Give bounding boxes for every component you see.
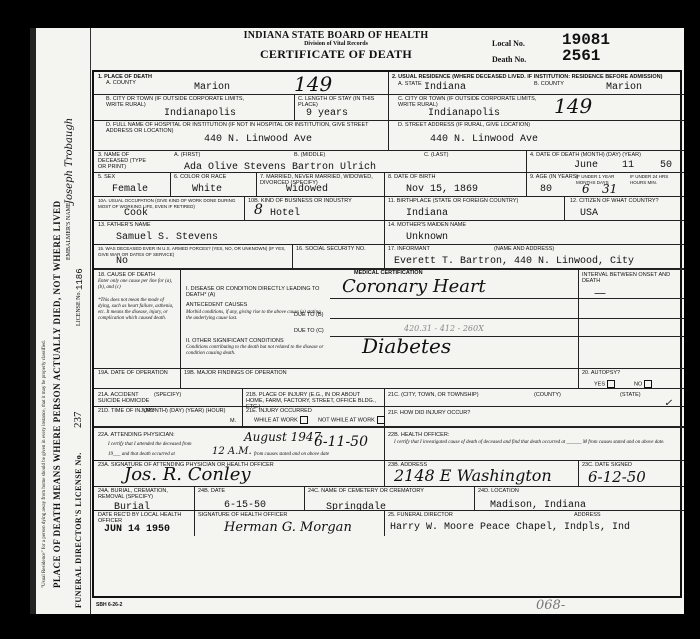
funeral-director-label: 25. FUNERAL DIRECTOR	[388, 512, 453, 518]
fd-license-number: 237	[72, 412, 84, 429]
first-name-label: a. (First)	[174, 152, 200, 158]
injury-state-label: (STATE)	[620, 392, 641, 398]
pod-stay: 9 years	[306, 108, 348, 119]
certificate-form: 1. PLACE OF DEATH a. COUNTY Marion 149 b…	[92, 70, 682, 598]
code-stamp: 420.31 - 412 - 260X	[404, 324, 484, 333]
left-margin-panel: "Usual Residence" for a person dying awa…	[36, 28, 91, 614]
interval-label: INTERVAL BETWEEN ONSET AND DEATH	[582, 272, 682, 284]
marital-status: Widowed	[286, 184, 328, 195]
ssn-label: 16. SOCIAL SECURITY No.	[296, 246, 366, 252]
injury-county-label: (COUNTY)	[534, 392, 561, 398]
attending-text-2: 19___ and that death occurred at	[108, 452, 175, 458]
operation-date-label: 19a. DATE OF OPERATION	[98, 370, 178, 376]
health-officer-text: I certify that I investigated cause of d…	[394, 440, 674, 446]
armed-forces: No	[116, 256, 128, 267]
due-to-c-label: DUE TO (c)	[294, 328, 324, 334]
received-label: DATE REC'D BY LOCAL HEALTH OFFICER	[98, 512, 188, 524]
age-days: 31	[602, 182, 617, 196]
business: Hotel	[270, 208, 300, 219]
age: 80	[540, 184, 552, 195]
pod-county-code: 149	[294, 72, 332, 96]
attending-text-3: from causes stated and on above date	[254, 452, 329, 458]
business-label: 10b. KIND OF BUSINESS OR INDUSTRY	[248, 198, 378, 204]
not-while-at-work-label: Not While at Work	[318, 417, 375, 423]
other-conditions-label: II. OTHER SIGNIFICANT CONDITIONS	[186, 338, 284, 344]
pod-stay-label: c. LENGTH OF STAY (in this place)	[298, 96, 378, 108]
father-name: Samuel S. Stevens	[116, 232, 218, 243]
middle-name-label: b. (Middle)	[294, 152, 325, 158]
ho-signature: Herman G. Morgan	[224, 520, 352, 535]
agency-name: INDIANA STATE BOARD OF HEALTH	[186, 30, 486, 41]
due-to-b-label: DUE TO (b)	[294, 312, 323, 318]
ur-city-label: c. CITY OR TOWN (If outside corporate li…	[398, 96, 538, 108]
physician-address: 2148 E Washington	[394, 466, 552, 485]
ur-state: Indiana	[424, 82, 466, 93]
while-at-work-option[interactable]: While at Work	[254, 416, 310, 424]
death-no: 2561	[562, 48, 600, 64]
funeral-director: Harry W. Moore Peace Chapel, Indpls, Ind	[390, 522, 630, 533]
cause-line-a: Coronary Heart	[342, 276, 486, 297]
pod-city: Indianapolis	[164, 108, 236, 119]
attended-to: 6-11-50	[314, 434, 368, 450]
autopsy-no-option[interactable]: No	[634, 380, 654, 388]
local-no-label: Local No.	[492, 39, 562, 48]
occupation-label: 10a. USUAL OCCUPATION (Give kind of work…	[98, 198, 238, 210]
operation-findings-label: 19b. MAJOR FINDINGS OF OPERATION	[184, 370, 287, 376]
certificate-title: CERTIFICATE OF DEATH	[186, 47, 486, 62]
ur-city-code: 149	[554, 94, 592, 118]
race: White	[192, 184, 222, 195]
cemetery-name: Springdale	[326, 502, 386, 513]
accident-specify: (Specify)	[154, 392, 181, 398]
antecedent-label: ANTECEDENT CAUSES	[186, 302, 247, 308]
pod-county-label: a. COUNTY	[106, 80, 136, 86]
mother-label: 14. MOTHER'S MAIDEN NAME	[388, 222, 466, 228]
age-months: 6	[582, 182, 590, 196]
line-a-label: I. DISEASE OR CONDITION DIRECTLY LEADING…	[186, 286, 326, 298]
dob-label: 8. DATE OF BIRTH	[388, 174, 435, 180]
margin-note: 068-	[536, 598, 565, 613]
ur-street: 440 N. Linwood Ave	[430, 134, 538, 145]
autopsy-no-checkbox[interactable]	[644, 380, 652, 388]
father-label: 13. FATHER'S NAME	[98, 222, 151, 228]
autopsy-label: 20. AUTOPSY?	[582, 370, 620, 376]
birthplace-label: 11. BIRTHPLACE (State or foreign country…	[388, 198, 518, 204]
ur-county-label: b. COUNTY	[534, 81, 564, 87]
ur-street-label: d. STREET ADDRESS (If rural, give locati…	[398, 122, 598, 128]
ho-signature-label: SIGNATURE OF HEALTH OFFICER	[198, 512, 287, 518]
attending-physician-label: 22a. ATTENDING PHYSICIAN:	[98, 432, 175, 438]
ur-city: Indianapolis	[428, 108, 500, 119]
sex-label: 5. SEX	[98, 174, 115, 180]
cause-instruction: Enter only one cause per line for (a), (…	[98, 279, 176, 291]
fd-license-label: FUNERAL DIRECTOR'S LICENSE No.	[74, 452, 83, 608]
other-conditions-desc: Conditions contributing to the death but…	[186, 345, 336, 357]
autopsy-yes-option[interactable]: Yes	[594, 380, 617, 388]
age-hours-label: If under 24 hrs Hours Min.	[630, 174, 682, 186]
informant-label: 17. INFORMANT	[388, 246, 430, 252]
certificate-header: INDIANA STATE BOARD OF HEALTH Division o…	[186, 30, 486, 62]
burial-label: 24a. BURIAL, CREMATION, REMOVAL (Specify…	[98, 488, 188, 500]
date-of-death-day: 11	[622, 160, 634, 171]
not-while-at-work-option[interactable]: Not While at Work	[318, 416, 387, 424]
injury-city-label: 21c. (CITY, TOWN, OR TOWNSHIP)	[388, 392, 479, 398]
health-officer-label: 22b. HEALTH OFFICER:	[388, 432, 449, 438]
injury-time-cols: (Month) (Day) (Year) (Hour)	[144, 408, 225, 414]
ur-county: Marion	[606, 82, 642, 93]
date-of-death-month: June	[574, 160, 598, 171]
mother-name: Unknown	[406, 232, 448, 243]
not-while-at-work-checkbox[interactable]	[377, 416, 385, 424]
death-no-label: Death No.	[492, 55, 562, 64]
received-date-stamp: JUN 14 1950	[104, 524, 170, 535]
local-no: 19081	[562, 32, 610, 48]
license-label: LICENSE No.	[76, 291, 82, 326]
last-name-label: c. (Last)	[424, 152, 448, 158]
business-code: 8	[254, 202, 263, 218]
while-at-work-checkbox[interactable]	[300, 416, 308, 424]
age-label: 9. AGE (In years)	[530, 174, 578, 180]
place-of-death-note: PLACE OF DEATH MEANS WHERE PERSON ACTUAL…	[52, 200, 62, 588]
birthplace: Indiana	[406, 208, 448, 219]
pod-hospital: 440 N. Linwood Ave	[204, 134, 312, 145]
accident-label: 21a. ACCIDENT SUICIDE HOMICIDE	[98, 392, 158, 404]
residence-note: "Usual Residence" for a person dying awa…	[42, 340, 47, 588]
record-numbers: Local No.19081 Death No.2561	[492, 32, 610, 64]
injury-occurred-label: 21e. INJURY OCCURRED	[246, 408, 312, 414]
injury-time-m: m.	[230, 418, 236, 424]
pod-county: Marion	[194, 82, 230, 93]
date-of-birth: Nov 15, 1869	[406, 184, 478, 195]
form-code: SBH 6-26-2	[96, 602, 122, 608]
occupation: Cook	[124, 208, 148, 219]
citizen-label: 12. CITIZEN OF WHAT COUNTRY?	[570, 198, 660, 204]
citizen: USA	[580, 208, 598, 219]
injury-how-label: 21f. HOW DID INJURY OCCUR?	[388, 410, 470, 416]
cemetery-label: 24c. NAME OF CEMETERY OR CREMATORY	[308, 488, 424, 494]
check-mark-icon: ✓	[664, 398, 672, 409]
usual-residence-label: 2. USUAL RESIDENCE (Where deceased lived…	[392, 74, 682, 80]
informant: Everett T. Bartron, 440 N. Linwood, City	[394, 256, 634, 267]
embalmer-name: Joseph Trobaugh	[64, 118, 75, 204]
while-at-work-label: While at Work	[254, 417, 298, 423]
physician-signature: Jos. R. Conley	[124, 464, 251, 485]
name-label: 3. NAME OF DECEASED (Type or Print)	[98, 152, 148, 170]
date-of-death-year: 50	[660, 160, 672, 171]
autopsy-no-label: No	[634, 381, 642, 387]
informant-sub-label: (NAME AND ADDRESS)	[494, 246, 554, 252]
other-conditions: Diabetes	[362, 334, 451, 358]
death-time: 12 A.M.	[212, 446, 252, 457]
pod-city-label: b. CITY OR TOWN (If outside corporate li…	[106, 96, 246, 108]
date-signed: 6-12-50	[588, 468, 646, 486]
burial-date-label: 24b. DATE	[198, 488, 225, 494]
funeral-address-label: ADDRESS	[574, 512, 601, 518]
autopsy-yes-label: Yes	[594, 381, 605, 387]
pod-hospital-label: d. FULL NAME OF HOSPITAL OR INSTITUTION …	[106, 122, 376, 134]
license-number: 1186	[75, 268, 85, 290]
embalmer-label: EMBALMER'S NAME	[66, 202, 72, 260]
race-label: 6. COLOR OR RACE	[174, 174, 226, 180]
cause-label: 18. CAUSE OF DEATH	[98, 272, 155, 278]
sex: Female	[112, 184, 148, 195]
date-of-death-label: 4. DATE OF DEATH (Month) (Day) (Year)	[530, 152, 680, 158]
attended-from: August 1947	[244, 430, 321, 444]
cause-note: *This does not mean the mode of dying, s…	[98, 298, 176, 322]
certificate-page: "Usual Residence" for a person dying awa…	[30, 28, 684, 614]
location-label: 24d. LOCATION	[478, 488, 519, 494]
ur-state-label: a. STATE	[398, 81, 422, 87]
autopsy-yes-checkbox[interactable]	[607, 380, 615, 388]
